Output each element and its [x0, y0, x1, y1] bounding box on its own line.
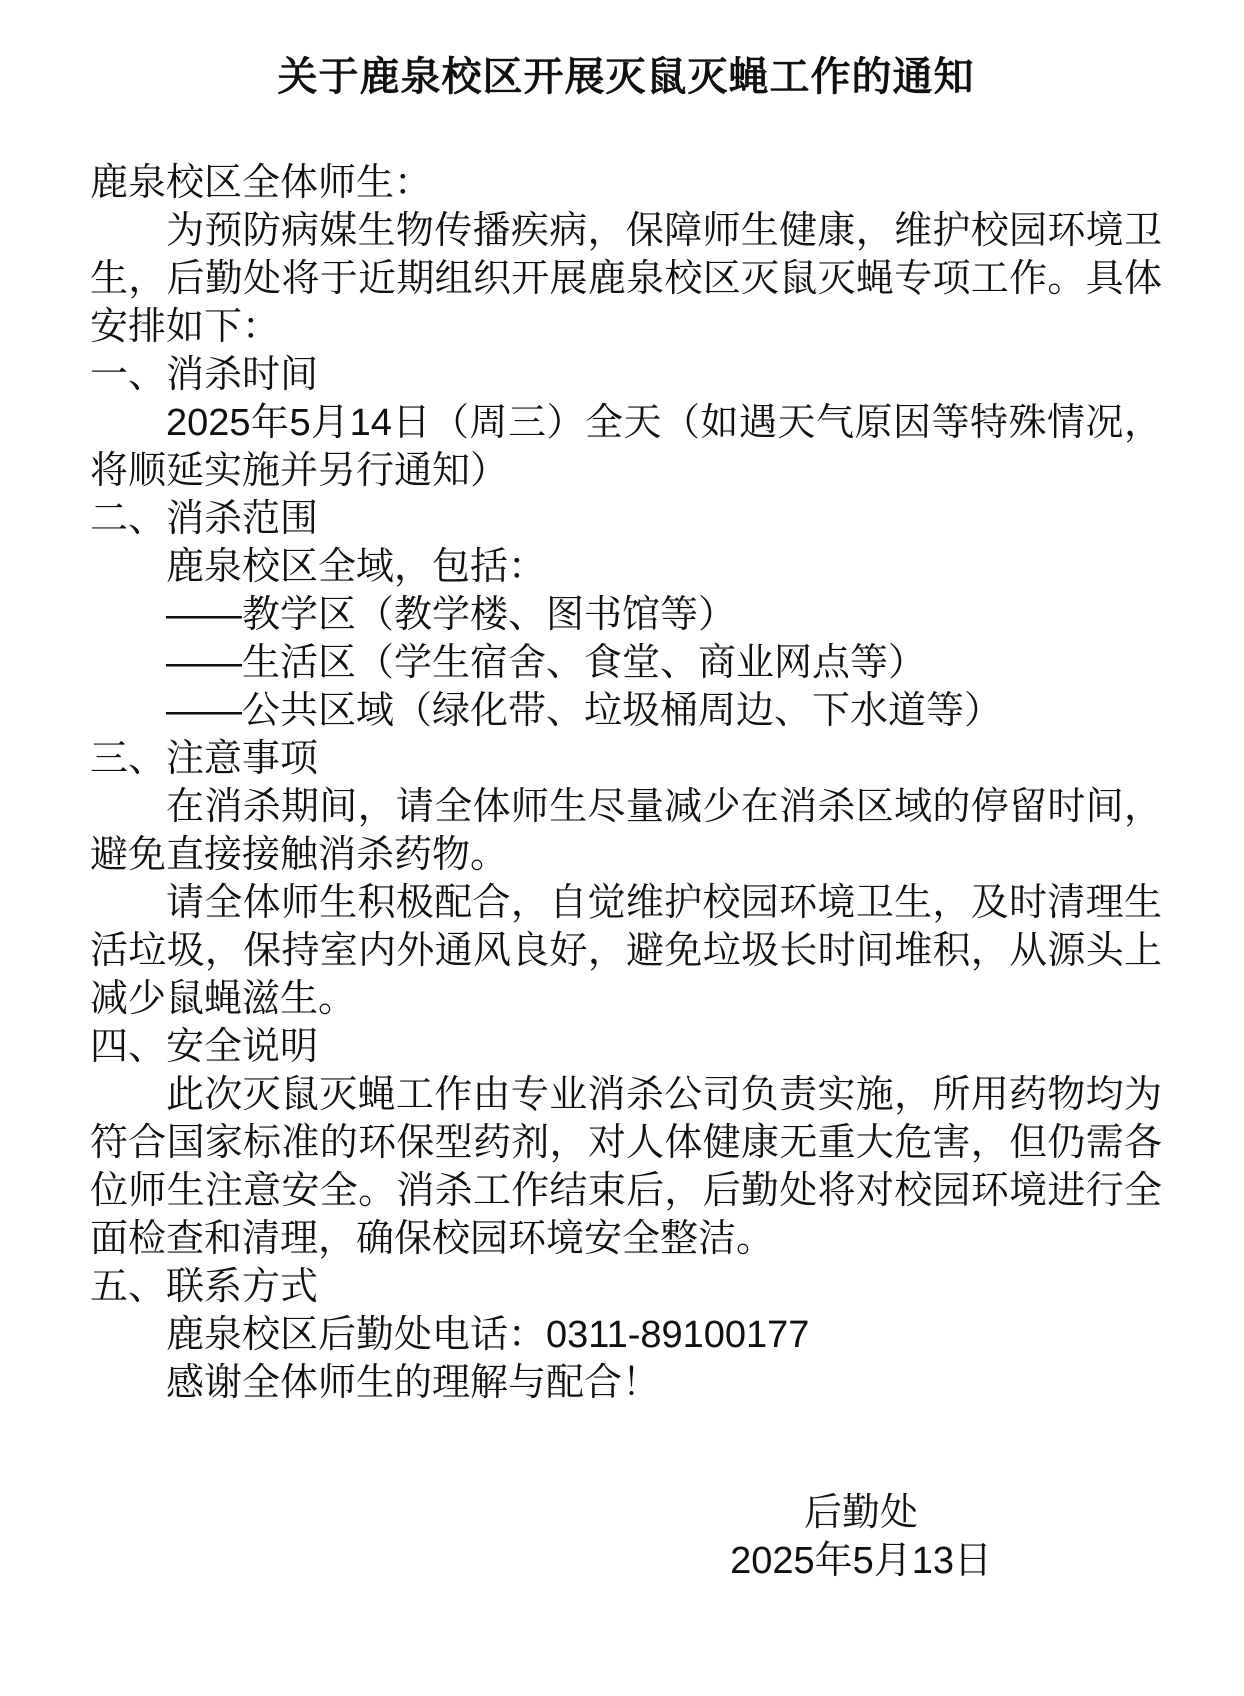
- section-2-heading: 二、消杀范围: [90, 495, 1162, 543]
- section-5-paragraph-thanks: 感谢全体师生的理解与配合！: [90, 1359, 1162, 1407]
- section-2-list-item-public: ——公共区域（绿化带、垃圾桶周边、下水道等）: [90, 687, 1162, 735]
- section-3-heading: 三、注意事项: [90, 735, 1162, 783]
- signature-date: 2025年5月13日: [730, 1537, 992, 1585]
- section-1-heading: 一、消杀时间: [90, 351, 1162, 399]
- salutation: 鹿泉校区全体师生：: [90, 159, 1162, 207]
- notice-page: 关于鹿泉校区开展灭鼠灭蝇工作的通知 鹿泉校区全体师生： 为预防病媒生物传播疾病，…: [0, 0, 1244, 1696]
- section-1-paragraph-time: 2025年5月14日（周三）全天（如遇天气原因等特殊情况，将顺延实施并另行通知）: [90, 399, 1162, 495]
- section-5-paragraph-phone: 鹿泉校区后勤处电话：0311-89100177: [90, 1311, 1162, 1359]
- section-4-heading: 四、安全说明: [90, 1023, 1162, 1071]
- section-2-paragraph-scope: 鹿泉校区全域，包括：: [90, 543, 1162, 591]
- section-2-list-item-teaching: ——教学区（教学楼、图书馆等）: [90, 591, 1162, 639]
- section-3-paragraph-cooperate: 请全体师生积极配合，自觉维护校园环境卫生，及时清理生活垃圾，保持室内外通风良好，…: [90, 879, 1162, 1023]
- section-4-paragraph-safety: 此次灭鼠灭蝇工作由专业消杀公司负责实施，所用药物均为符合国家标准的环保型药剂，对…: [90, 1071, 1162, 1263]
- signature-department: 后勤处: [730, 1489, 992, 1537]
- intro-paragraph: 为预防病媒生物传播疾病，保障师生健康，维护校园环境卫生，后勤处将于近期组织开展鹿…: [90, 207, 1162, 351]
- section-3-paragraph-avoid: 在消杀期间，请全体师生尽量减少在消杀区域的停留时间，避免直接接触消杀药物。: [90, 783, 1162, 879]
- section-2-list-item-living: ——生活区（学生宿舍、食堂、商业网点等）: [90, 639, 1162, 687]
- signature-block: 后勤处 2025年5月13日: [730, 1489, 992, 1585]
- section-5-heading: 五、联系方式: [90, 1263, 1162, 1311]
- notice-title: 关于鹿泉校区开展灭鼠灭蝇工作的通知: [90, 55, 1162, 99]
